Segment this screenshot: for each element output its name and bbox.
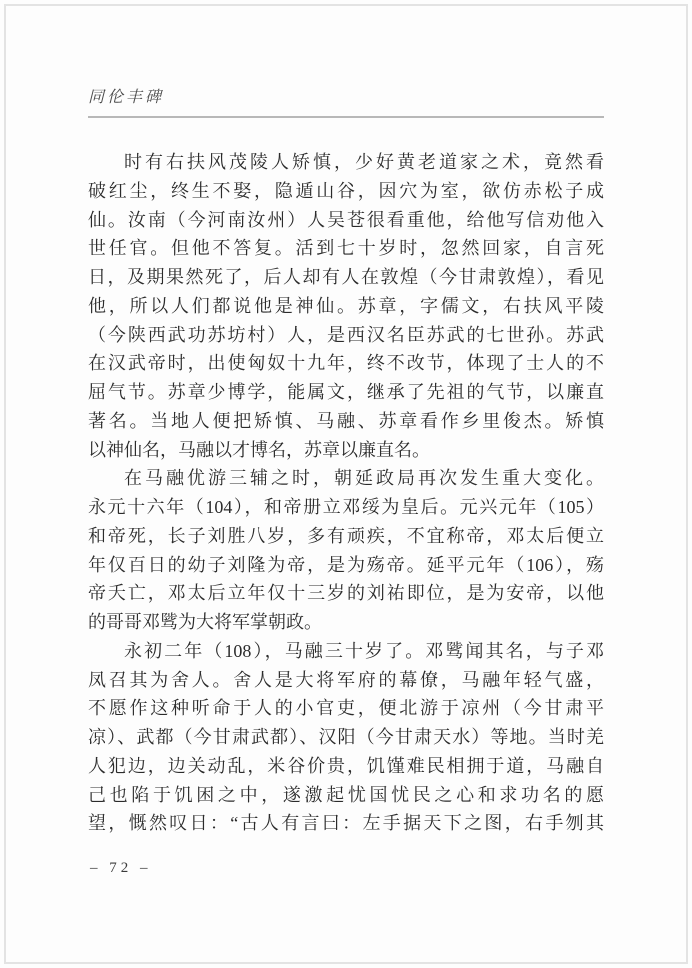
page-content: 同伦丰碑 时有右扶风茂陵人矫慎，少好黄老道家之术，竟然看破红尘，终生不娶，隐遁山… bbox=[88, 86, 604, 838]
text-line: 永初二年（108），马融三十岁了。邓骘闻其名，与子邓 bbox=[88, 637, 604, 666]
text-line: 屈气节。苏章少博学，能属文，继承了先祖的气节，以廉直 bbox=[88, 378, 604, 407]
text-line: 己也陷于饥困之中，遂激起忧国忧民之心和求功名的愿 bbox=[88, 781, 604, 810]
text-line: 世任官。但他不答复。活到七十岁时，忽然回家，自言死 bbox=[88, 234, 604, 263]
text-line: 望，慨然叹日：“古人有言曰：左手据天下之图，右手刎其 bbox=[88, 809, 604, 838]
text-line: 不愿作这种听命于人的小官吏，便北游于凉州（今甘肃平 bbox=[88, 694, 604, 723]
text-line: 凉）、武都（今甘肃武都）、汉阳（今甘肃天水）等地。当时羌 bbox=[88, 723, 604, 752]
book-page: 同伦丰碑 时有右扶风茂陵人矫慎，少好黄老道家之术，竟然看破红尘，终生不娶，隐遁山… bbox=[0, 0, 692, 968]
text-line: 仙。汝南（今河南汝州）人吴苍很看重他，给他写信劝他入 bbox=[88, 206, 604, 235]
text-line: 在汉武帝时，出使匈奴十九年，终不改节，体现了士人的不 bbox=[88, 349, 604, 378]
page-number: – 72 – bbox=[90, 860, 152, 877]
text-line: 以神仙名，马融以才博名，苏章以廉直名。 bbox=[88, 436, 604, 465]
text-line: 凤召其为舍人。舍人是大将军府的幕僚，马融年轻气盛， bbox=[88, 666, 604, 695]
text-line: 帝夭亡，邓太后立年仅十三岁的刘祐即位，是为安帝，以他 bbox=[88, 579, 604, 608]
header-rule bbox=[88, 116, 604, 118]
text-line: 他，所以人们都说他是神仙。苏章，字儒文，右扶风平陵 bbox=[88, 292, 604, 321]
text-line: （今陕西武功苏坊村）人，是西汉名臣苏武的七世孙。苏武 bbox=[88, 321, 604, 350]
body-text: 时有右扶风茂陵人矫慎，少好黄老道家之术，竟然看破红尘，终生不娶，隐遁山谷，因穴为… bbox=[88, 148, 604, 838]
text-line: 永元十六年（104），和帝册立邓绥为皇后。元兴元年（105） bbox=[88, 493, 604, 522]
text-line: 和帝死，长子刘胜八岁，多有顽疾，不宜称帝，邓太后便立 bbox=[88, 522, 604, 551]
text-line: 破红尘，终生不娶，隐遁山谷，因穴为室，欲仿赤松子成 bbox=[88, 177, 604, 206]
running-head-title: 同伦丰碑 bbox=[88, 86, 604, 110]
text-line: 在马融优游三辅之时，朝延政局再次发生重大变化。 bbox=[88, 464, 604, 493]
text-line: 人犯边，边关动乱，米谷价贵，饥馑难民相拥于道，马融自 bbox=[88, 752, 604, 781]
text-line: 时有右扶风茂陵人矫慎，少好黄老道家之术，竟然看 bbox=[88, 148, 604, 177]
text-line: 年仅百日的幼子刘隆为帝，是为殇帝。延平元年（106），殇 bbox=[88, 551, 604, 580]
text-line: 著名。当地人便把矫慎、马融、苏章看作乡里俊杰。矫慎 bbox=[88, 407, 604, 436]
text-line: 日，及期果然死了，后人却有人在敦煌（今甘肃敦煌），看见 bbox=[88, 263, 604, 292]
text-line: 的哥哥邓骘为大将军掌朝政。 bbox=[88, 608, 604, 637]
